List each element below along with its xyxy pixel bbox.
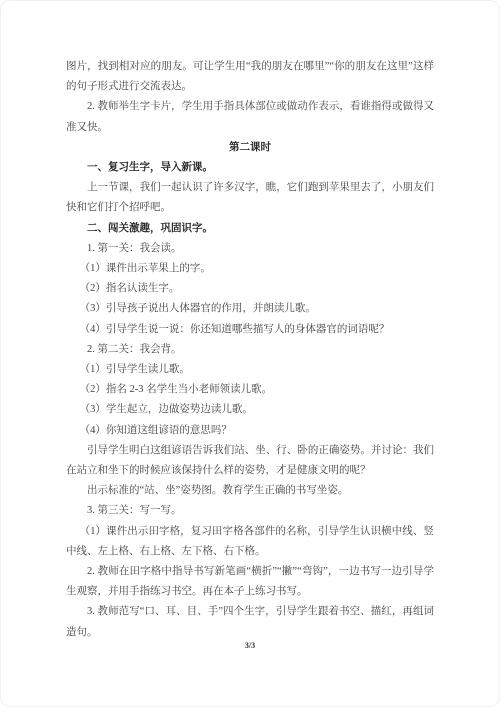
paragraph: 出示标准的“站、坐”姿势图。教育学生正确的书写坐姿。 xyxy=(66,481,434,501)
paragraph: 图片，找到相对应的朋友。可让学生用“我的朋友在哪里”“你的朋友在这里”这样的句子… xyxy=(66,57,434,97)
paragraph: 引导学生明白这组谚语告诉我们站、坐、行、卧的正确姿势。并讨论：我们在站立和坐下的… xyxy=(66,441,434,481)
paragraph: （4）你知道这组谚语的意思吗？ xyxy=(66,421,434,441)
lesson-title: 第二课时 xyxy=(66,138,434,158)
paragraph: 2. 第二关：我会背。 xyxy=(66,340,434,360)
paragraph: 3. 教师范写“口、耳、目、手”四个生字，引导学生跟着书空、描红，再组词造句。 xyxy=(66,602,434,642)
document-page: 图片，找到相对应的朋友。可让学生用“我的朋友在哪里”“你的朋友在这里”这样的句子… xyxy=(0,0,500,707)
paragraph: （2）指名 2-3 名学生当小老师领读儿歌。 xyxy=(66,380,434,400)
paragraph: 2. 教师在田字格中指导书写新笔画“横折”“撇”“弯钩”，一边书写一边引导学生观… xyxy=(66,562,434,602)
paragraph: （3）引导孩子说出人体器官的作用，并朗读儿歌。 xyxy=(66,299,434,319)
paragraph: （1）课件出示苹果上的字。 xyxy=(66,259,434,279)
section-heading: 二、闯关激趣，巩固识字。 xyxy=(66,219,434,239)
page-number: 3/3 xyxy=(0,641,500,650)
paragraph: 1. 第一关：我会读。 xyxy=(66,239,434,259)
paragraph: 3. 第三关：写一写。 xyxy=(66,501,434,521)
paragraph: （4）引导学生说一说：你还知道哪些描写人的身体器官的词语呢？ xyxy=(66,320,434,340)
paragraph: （2）指名认读生字。 xyxy=(66,279,434,299)
document-body: 图片，找到相对应的朋友。可让学生用“我的朋友在哪里”“你的朋友在这里”这样的句子… xyxy=(66,57,434,643)
paragraph: 2. 教师举生字卡片，学生用手指具体部位或做动作表示，看谁指得或做得又准又快。 xyxy=(66,97,434,137)
paragraph: （3）学生起立，边做姿势边读儿歌。 xyxy=(66,400,434,420)
paragraph: 上一节课，我们一起认识了许多汉字，瞧，它们跑到苹果里去了，小朋友们快和它们打个招… xyxy=(66,178,434,218)
paragraph: （1）引导学生读儿歌。 xyxy=(66,360,434,380)
section-heading: 一、复习生字，导入新课。 xyxy=(66,158,434,178)
paragraph: （1）课件出示田字格，复习田字格各部件的名称，引导学生认识横中线、竖中线、左上格… xyxy=(66,522,434,562)
